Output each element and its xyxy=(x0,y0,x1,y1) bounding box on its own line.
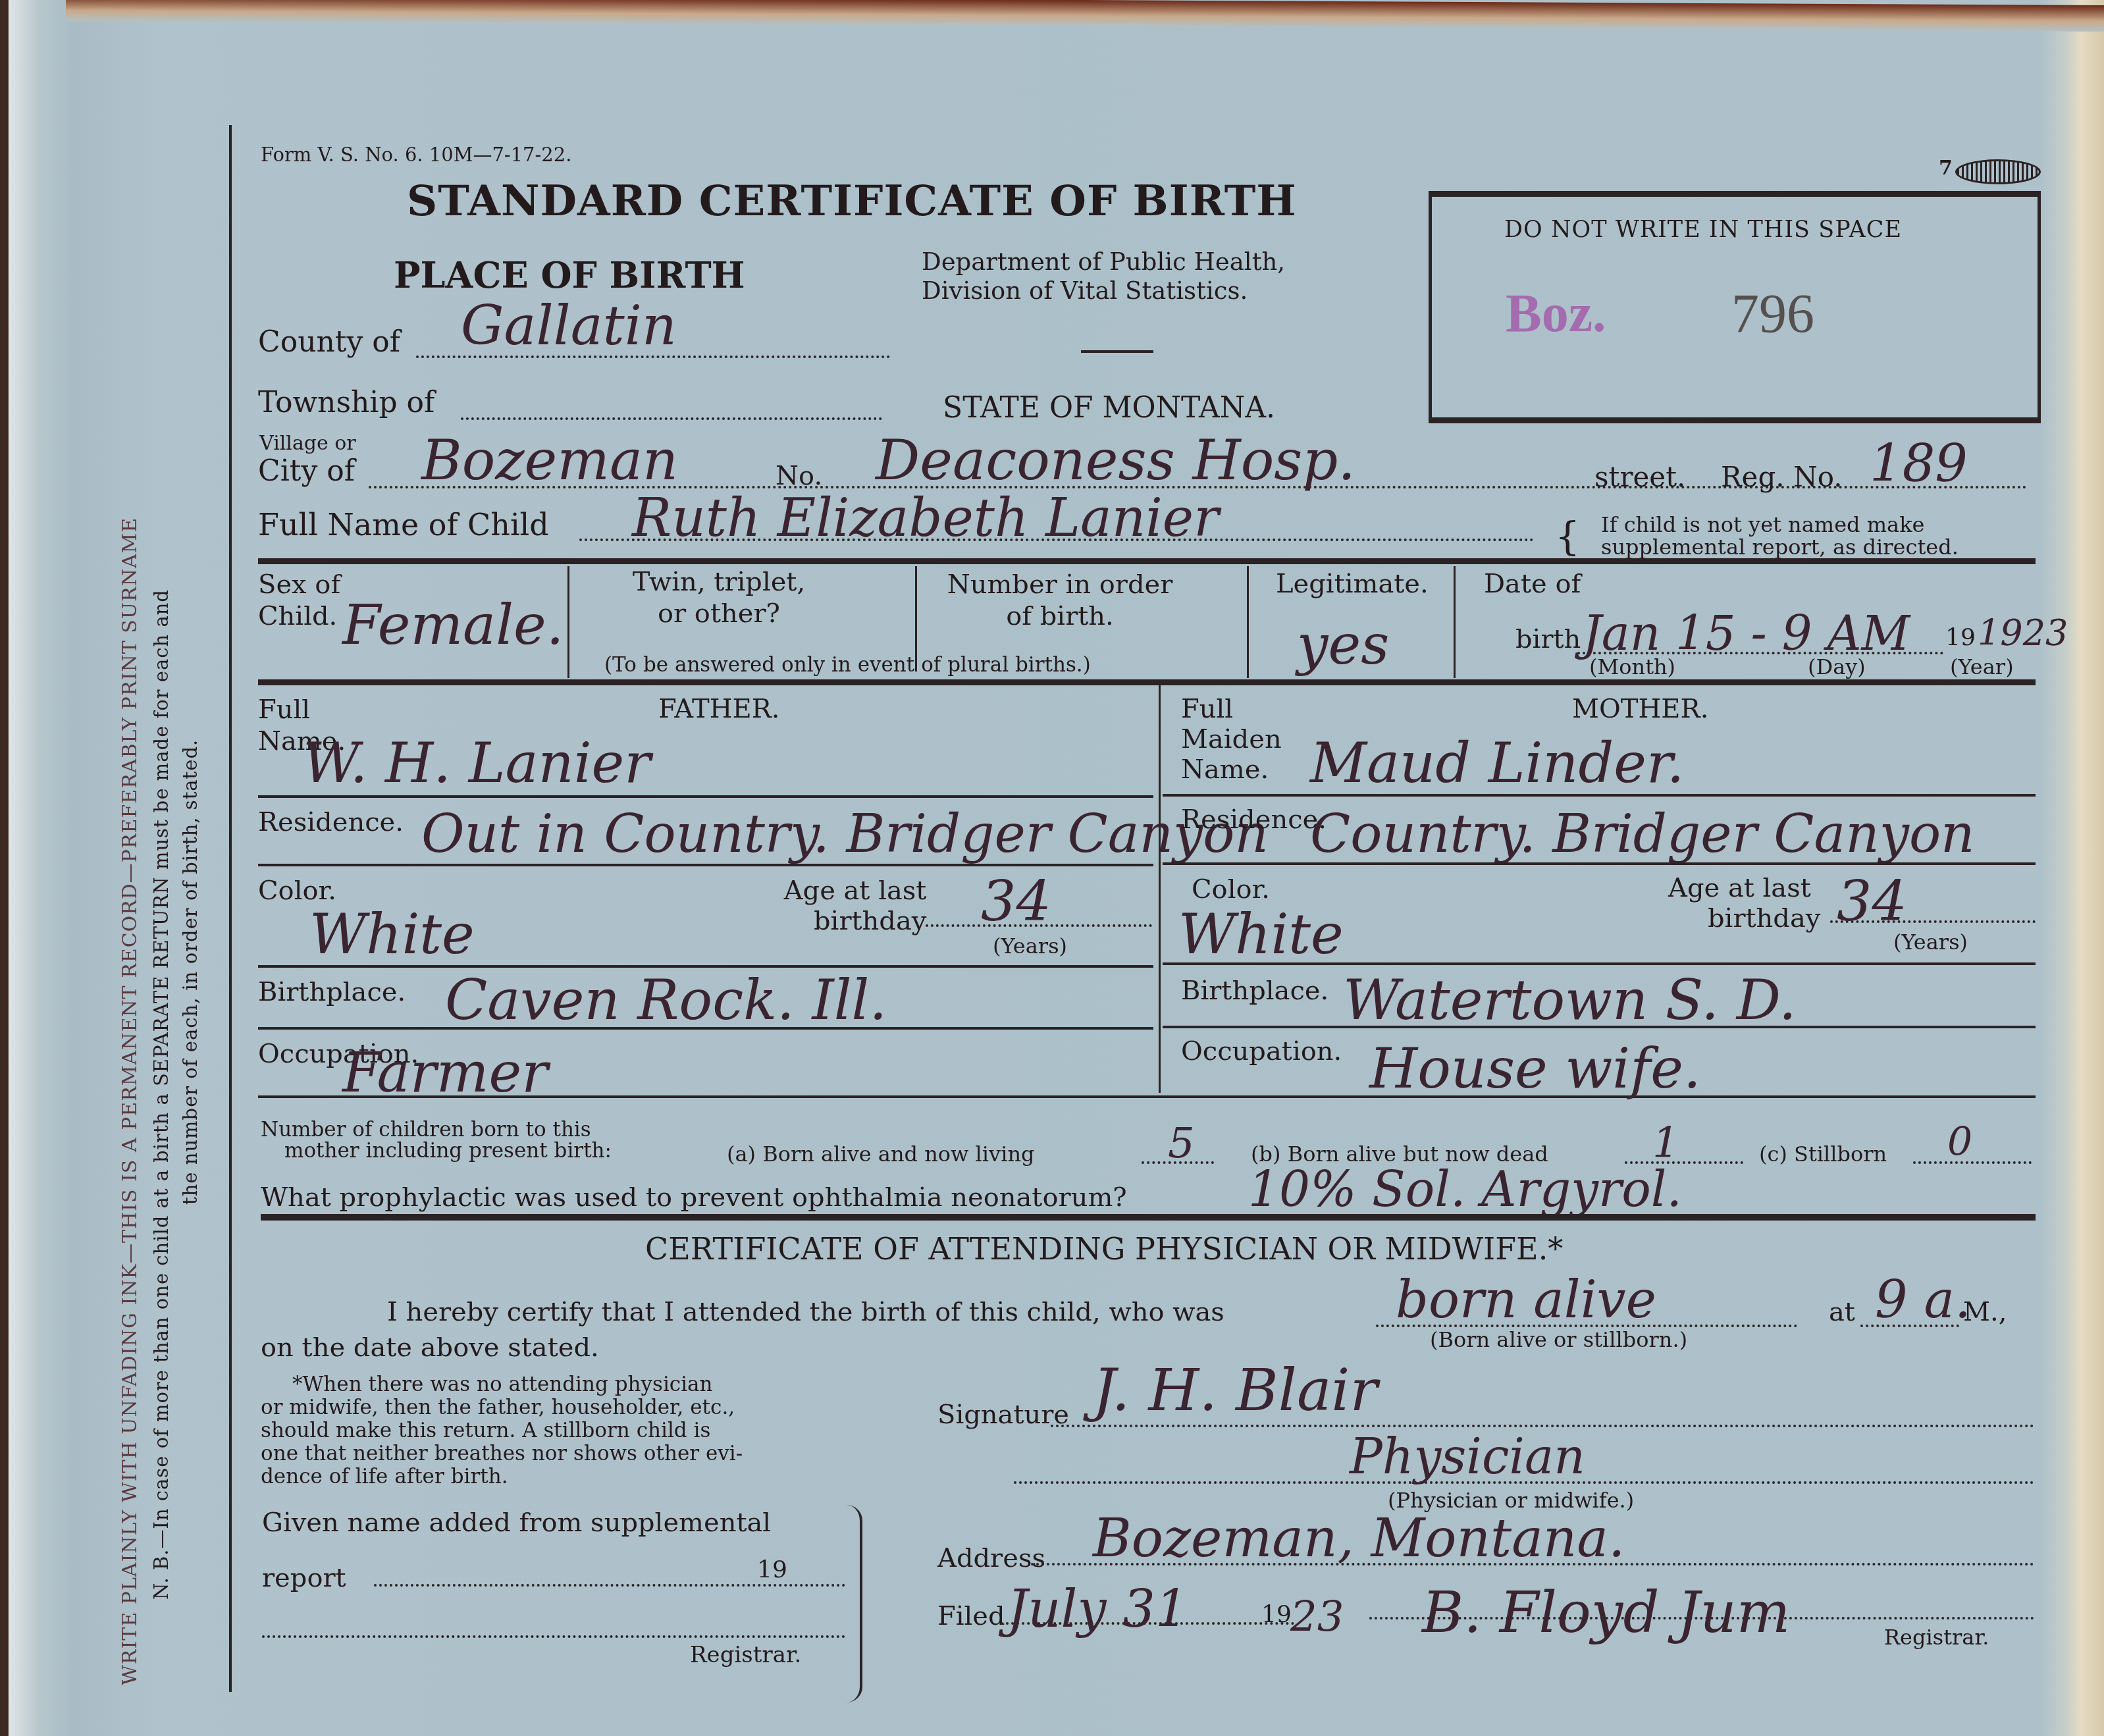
physician-footnote: *When there was no attending physician o… xyxy=(261,1373,743,1488)
township-label: Township of xyxy=(258,386,434,419)
parents-divider xyxy=(1159,685,1161,1093)
physician-statement-2: on the date above stated. xyxy=(261,1332,599,1363)
row-rule xyxy=(258,1027,1153,1030)
department-line1: Department of Public Health, xyxy=(922,248,1285,276)
supplemental-report-field[interactable] xyxy=(374,1584,845,1587)
unnamed-note: If child is not yet named make supplemen… xyxy=(1601,513,1959,558)
signature-label: Signature xyxy=(937,1400,1069,1430)
section-divider xyxy=(258,679,2036,685)
born-caption: (Born alive or stillborn.) xyxy=(1430,1327,1687,1352)
row-rule xyxy=(258,795,1153,798)
prophylactic-label: What prophylactic was used to prevent op… xyxy=(261,1182,1127,1213)
footnote-line: or midwife, then the father, householder… xyxy=(261,1396,743,1419)
mother-name-label: Full Maiden Name. xyxy=(1181,694,1282,785)
father-color-field[interactable]: White xyxy=(309,902,475,966)
state-label: STATE OF MONTANA. xyxy=(943,391,1275,425)
footnote-line: one that neither breathes nor shows othe… xyxy=(261,1442,743,1465)
reg-number-field[interactable]: 189 xyxy=(1870,434,1968,494)
children-count-label: Number of children born to this mother i… xyxy=(261,1119,612,1161)
col-divider xyxy=(1247,566,1249,678)
mother-age-label-line2: birthday xyxy=(1668,903,1820,934)
sex-label-line2: Child. xyxy=(258,600,340,632)
born-alive-living-label: (a) Born alive and now living xyxy=(727,1142,1034,1167)
mother-name-label-line3: Name. xyxy=(1181,754,1282,785)
department-block: Department of Public Health, Division of… xyxy=(922,248,1285,305)
physician-statement: I hereby certify that I attended the bir… xyxy=(387,1297,1224,1327)
margin-instruction-line3: the number of each, in order of birth, s… xyxy=(179,739,201,1205)
mother-age-label-line1: Age at last xyxy=(1668,873,1820,903)
father-residence-field[interactable]: Out in Country. Bridger Canyon xyxy=(421,803,1269,864)
sex-label: Sex of Child. xyxy=(258,569,340,632)
twin-label-line1: Twin, triplet, xyxy=(614,566,824,598)
date-label: Date of xyxy=(1484,569,1581,599)
mother-residence-field[interactable]: Country. Bridger Canyon xyxy=(1310,803,1975,864)
office-use-heading: DO NOT WRITE IN THIS SPACE xyxy=(1504,217,1902,243)
father-birthplace-label: Birthplace. xyxy=(258,977,406,1007)
signature-field[interactable]: J. H. Blair xyxy=(1093,1356,1378,1424)
father-age-label: Age at last birthday xyxy=(774,876,926,936)
registrar-caption: Registrar. xyxy=(1884,1625,1989,1650)
supplemental-year-prefix: 19 xyxy=(754,1556,790,1583)
village-label: Village or xyxy=(259,432,356,455)
left-margin-rule xyxy=(229,125,232,1692)
row-rule xyxy=(258,864,1153,866)
address-label: Address xyxy=(937,1543,1045,1573)
filed-year-prefix: 19 xyxy=(1261,1601,1292,1628)
street-number-field[interactable]: Deaconess Hosp. xyxy=(876,428,1355,492)
time-field[interactable]: 9 a. xyxy=(1875,1271,1971,1330)
born-alive-dead-field[interactable]: 1 xyxy=(1652,1119,1679,1168)
mother-name-label-line2: Maiden xyxy=(1181,724,1282,754)
legitimate-label: Legitimate. xyxy=(1276,569,1429,599)
county-label: County of xyxy=(258,325,400,359)
mother-heading: MOTHER. xyxy=(1572,694,1708,724)
col-divider xyxy=(1454,566,1456,678)
book-page-edges xyxy=(66,0,2104,32)
born-alive-living-field[interactable]: 5 xyxy=(1168,1119,1195,1168)
day-caption: (Day) xyxy=(1808,654,1866,679)
footnote-line: should make this return. A stillborn chi… xyxy=(261,1419,743,1442)
father-age-label-line1: Age at last xyxy=(774,876,926,906)
legitimate-field[interactable]: yes xyxy=(1297,612,1389,677)
children-count-label-line2: mother including present birth: xyxy=(261,1140,612,1161)
physician-title-field[interactable]: Physician xyxy=(1350,1429,1585,1485)
mother-age-label: Age at last birthday xyxy=(1668,873,1820,934)
mother-name-field[interactable]: Maud Linder. xyxy=(1310,731,1685,795)
children-count-label-line1: Number of children born to this xyxy=(261,1119,612,1140)
sex-label-line1: Sex of xyxy=(258,569,340,600)
margin-instruction-line2: N. B.—In case of more than one child at … xyxy=(150,589,172,1600)
certificate-page: WRITE PLAINLY WITH UNFADING INK—THIS IS … xyxy=(0,0,2104,1736)
section-divider xyxy=(258,558,2036,564)
father-age-caption: (Years) xyxy=(993,934,1067,959)
footnote-line: *When there was no attending physician xyxy=(261,1373,743,1396)
twin-label: Twin, triplet, or other? xyxy=(614,566,824,629)
filed-date-field[interactable]: July 31 xyxy=(1007,1580,1188,1639)
father-age-field[interactable]: 34 xyxy=(981,869,1051,934)
mother-occupation-label: Occupation. xyxy=(1181,1036,1342,1066)
reg-number-label: Reg. No. xyxy=(1721,461,1843,493)
row-rule xyxy=(1163,1026,2036,1028)
year-prefix: 19 xyxy=(1945,624,1976,651)
section-divider xyxy=(261,1214,2036,1221)
signature-line xyxy=(1051,1425,2034,1427)
footnote-line: dence of life after birth. xyxy=(261,1465,743,1488)
m-label: M., xyxy=(1963,1297,2007,1327)
mother-age-field[interactable]: 34 xyxy=(1837,869,1907,934)
row-rule xyxy=(1163,962,2036,965)
place-of-birth-heading: PLACE OF BIRTH xyxy=(394,254,745,296)
county-field[interactable]: Gallatin xyxy=(461,295,677,357)
row-rule xyxy=(1163,794,2036,797)
department-line2: Division of Vital Statistics. xyxy=(922,276,1285,305)
father-name-label-line1: Full xyxy=(258,694,346,725)
prophylactic-field[interactable]: 10% Sol. Argyrol. xyxy=(1248,1161,1682,1218)
supplemental-label: Given name added from supplemental xyxy=(262,1508,771,1538)
row-rule xyxy=(258,1095,2036,1098)
date-of-birth-field[interactable]: Jan 15 - 9 AM xyxy=(1583,606,1910,661)
address-field[interactable]: Bozeman, Montana. xyxy=(1093,1508,1625,1569)
margin-instruction-line1: WRITE PLAINLY WITH UNFADING INK—THIS IS … xyxy=(118,517,142,1685)
mother-name-label-line1: Full xyxy=(1181,694,1282,724)
supplemental-registrar-caption: Registrar. xyxy=(690,1642,801,1668)
supplemental-brace-icon xyxy=(847,1505,862,1702)
year-field[interactable]: 1923 xyxy=(1978,612,2068,654)
form-number: Form V. S. No. 6. 10M—7-17-22. xyxy=(261,144,571,166)
twin-label-line2: or other? xyxy=(614,598,824,629)
registrar-signature-field[interactable]: B. Floyd Jum xyxy=(1422,1580,1790,1646)
stillborn-field[interactable]: 0 xyxy=(1947,1119,1972,1165)
page-number: 7 xyxy=(1939,157,1953,180)
mother-birthplace-field[interactable]: Watertown S. D. xyxy=(1343,968,1797,1032)
child-name-field[interactable]: Ruth Elizabeth Lanier xyxy=(632,487,1219,548)
office-number: 796 xyxy=(1731,282,1814,346)
supplemental-report-label: report xyxy=(262,1563,346,1593)
filed-label: Filed xyxy=(937,1601,1005,1631)
father-name-field[interactable]: W. H. Lanier xyxy=(303,731,650,795)
plural-births-note: (To be answered only in event of plural … xyxy=(604,653,1091,677)
father-age-label-line2: birthday xyxy=(774,906,926,936)
union-label-icon xyxy=(1955,159,2041,184)
at-label: at xyxy=(1829,1297,1855,1327)
order-label: Number in order of birth. xyxy=(928,569,1192,632)
supplemental-registrar-field[interactable] xyxy=(262,1635,845,1638)
col-divider xyxy=(567,566,569,678)
city-field[interactable]: Bozeman xyxy=(421,428,678,492)
street-label: street. xyxy=(1594,461,1685,493)
born-alive-field[interactable]: born alive xyxy=(1396,1271,1656,1330)
mother-color-field[interactable]: White xyxy=(1178,902,1344,966)
page-title: STANDARD CERTIFICATE OF BIRTH xyxy=(407,176,1297,226)
mother-residence-label: Residence. xyxy=(1181,804,1327,835)
office-stamp: Boz. xyxy=(1506,282,1606,344)
unnamed-note-line2: supplemental report, as directed. xyxy=(1601,536,1959,558)
township-field[interactable] xyxy=(461,417,882,420)
father-birthplace-field[interactable]: Caven Rock. Ill. xyxy=(445,968,887,1032)
order-label-line2: of birth. xyxy=(928,600,1192,632)
date-label-birth: birth xyxy=(1515,624,1581,654)
brace-icon: { xyxy=(1555,513,1580,560)
father-heading: FATHER. xyxy=(658,694,780,724)
physician-certificate-heading: CERTIFICATE OF ATTENDING PHYSICIAN OR MI… xyxy=(645,1231,1563,1267)
order-label-line1: Number in order xyxy=(928,569,1192,600)
short-divider xyxy=(1081,350,1153,353)
office-use-box: DO NOT WRITE IN THIS SPACE Boz. 796 xyxy=(1429,191,2041,423)
month-caption: (Month) xyxy=(1589,654,1675,679)
city-label: City of xyxy=(258,454,355,488)
filed-year-field[interactable]: 23 xyxy=(1290,1593,1344,1642)
year-caption: (Year) xyxy=(1950,654,2014,679)
mother-occupation-field[interactable]: House wife. xyxy=(1369,1036,1701,1101)
father-residence-label: Residence. xyxy=(258,807,404,837)
mother-birthplace-label: Birthplace. xyxy=(1181,976,1328,1006)
row-rule xyxy=(1163,862,2036,865)
mother-color-label: Color. xyxy=(1192,874,1270,905)
child-name-label: Full Name of Child xyxy=(258,507,549,542)
mother-age-caption: (Years) xyxy=(1893,930,1968,955)
unnamed-note-line1: If child is not yet named make xyxy=(1601,513,1959,536)
stillborn-label: (c) Stillborn xyxy=(1759,1142,1887,1167)
sex-field[interactable]: Female. xyxy=(342,592,564,657)
